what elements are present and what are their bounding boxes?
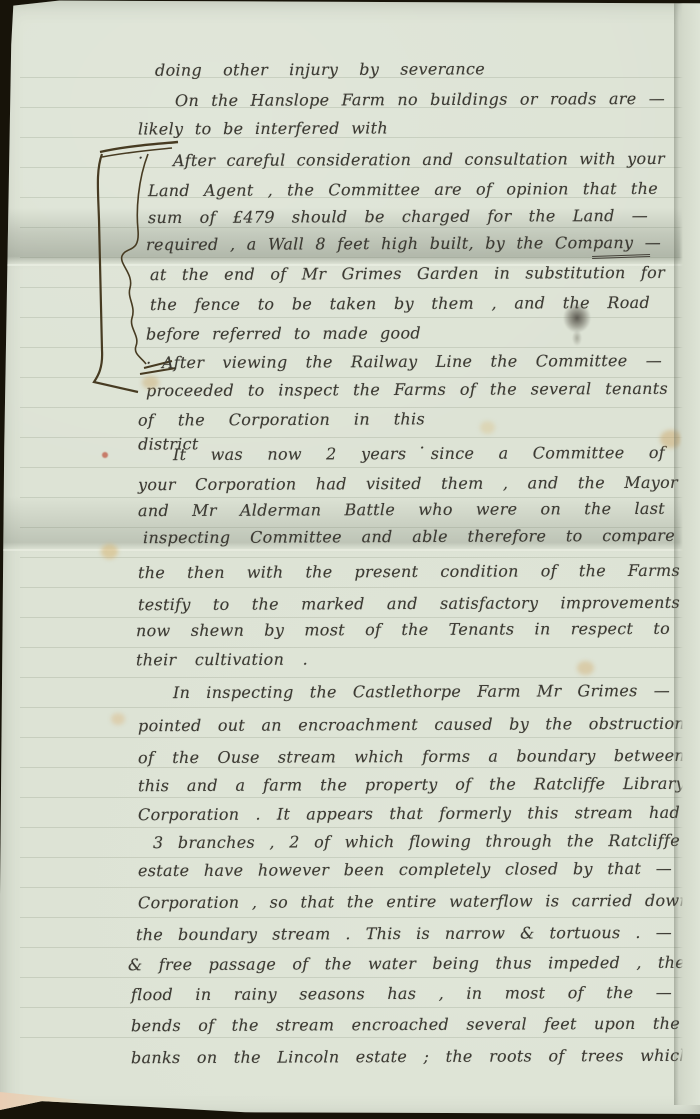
stain-spot	[480, 421, 495, 434]
manuscript-line: their cultivation .	[136, 648, 308, 673]
manuscript-line: your Corporation had visited them , and …	[138, 471, 678, 497]
manuscript-line: & free passage of the water being thus i…	[128, 951, 685, 977]
manuscript-line: required , a Wall 8 feet high built, by …	[146, 231, 661, 257]
manuscript-line: at the end of Mr Grimes Garden in substi…	[150, 261, 665, 287]
manuscript-line: Land Agent , the Committee are of opinio…	[148, 177, 658, 203]
manuscript-line: Corporation , so that the entire waterfl…	[138, 889, 690, 915]
manuscript-line: In inspecting the Castlethorpe Farm Mr G…	[173, 679, 670, 705]
manuscript-line: the then with the present condition of t…	[138, 559, 680, 585]
strikethrough-mark	[592, 249, 650, 259]
adjacent-page-edge	[674, 0, 700, 1105]
stain-spot	[102, 452, 108, 458]
manuscript-line: the boundary stream . This is narrow & t…	[136, 921, 672, 947]
manuscript-line: and Mr Alderman Battle who were on the l…	[138, 497, 665, 523]
manuscript-line: 3 branches , 2 of which flowing through …	[153, 829, 680, 855]
manuscript-line: sum of £479 should be charged for the La…	[148, 204, 648, 230]
manuscript-line: doing other injury by severance	[155, 57, 485, 82]
manuscript-line: banks on the Lincoln estate ; the roots …	[131, 1044, 690, 1070]
manuscript-line: On the Hanslope Farm no buildings or roa…	[175, 87, 665, 113]
ink-blot	[563, 303, 591, 333]
stain-spot	[111, 713, 125, 725]
torn-edge	[0, 1083, 96, 1113]
manuscript-line: Corporation . It appears that formerly t…	[138, 801, 680, 827]
manuscript-line: this and a farm the property of the Ratc…	[138, 772, 685, 798]
manuscript-line: After careful consideration and consulta…	[173, 147, 665, 173]
manuscript-line: pointed out an encroachment caused by th…	[138, 712, 685, 738]
manuscript-page: doing other injury by severanceOn the Ha…	[0, 0, 700, 1119]
stain-spot	[101, 544, 118, 559]
manuscript-line: of the Ouse stream which forms a boundar…	[138, 744, 685, 770]
photograph-background: doing other injury by severanceOn the Ha…	[0, 0, 700, 1119]
manuscript-line: proceeded to inspect the Farms of the se…	[146, 377, 668, 403]
manuscript-line: It was now 2 years since a Committee of	[173, 441, 665, 467]
manuscript-line: testify to the marked and satisfactory i…	[138, 591, 680, 617]
manuscript-line: bends of the stream encroached several f…	[131, 1012, 680, 1038]
manuscript-line: now shewn by most of the Tenants in resp…	[136, 617, 670, 643]
manuscript-line: inspecting Committee and able therefore …	[143, 524, 675, 550]
manuscript-line: After viewing the Railway Line the Commi…	[162, 349, 662, 375]
manuscript-line: flood in rainy seasons has , in most of …	[131, 981, 672, 1007]
manuscript-line: estate have however been completely clos…	[138, 857, 672, 883]
stain-spot	[577, 661, 594, 675]
